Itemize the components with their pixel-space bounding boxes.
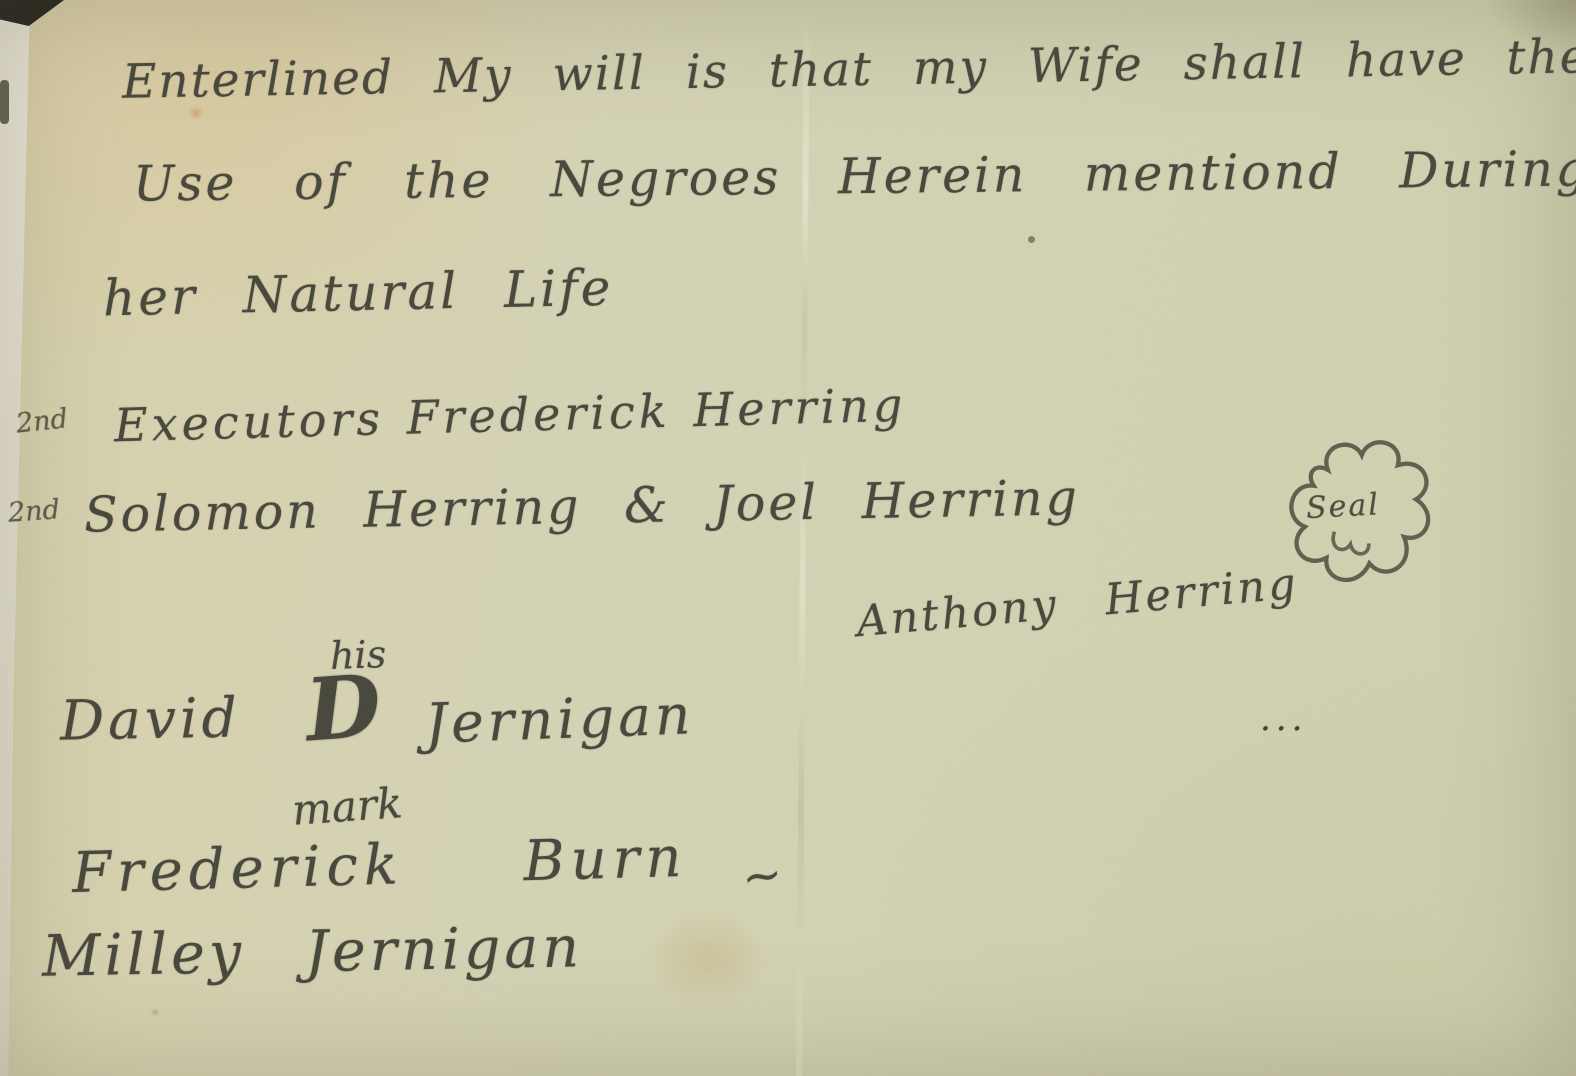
edge-ink-dash [0, 80, 9, 124]
body-line-2: Use of the Negroes Herein mentiond Durin… [133, 144, 1576, 208]
paper-stain [648, 908, 768, 1008]
paper-left-edge [0, 0, 30, 1076]
seal-label: Seal [1305, 487, 1381, 526]
executors-line-2: Solomon Herring & Joel Herring [84, 473, 1081, 539]
paper-speck [150, 1008, 160, 1017]
margin-note-1: 2nd [15, 405, 69, 437]
signature-anthony-herring: Anthony Herring [855, 563, 1300, 644]
executors-line-1: Executors Frederick Herring [114, 382, 907, 449]
ink-speck [1028, 236, 1035, 243]
manuscript-photo: Enterlined My will is that my Wife shall… [0, 0, 1576, 1076]
signature-jernigan: Jernigan [424, 687, 695, 751]
hand-drawn-seal: Seal [1272, 426, 1446, 590]
signature-frederick-burn: Frederick Burn [71, 830, 688, 902]
signature-milley-jernigan: Milley Jernigan [42, 919, 584, 985]
mark-letter-d: D [303, 664, 383, 755]
body-line-3: her Natural Life [103, 263, 614, 324]
ink-dots: ... [1260, 702, 1307, 736]
signature-flourish: ~ [739, 849, 786, 902]
signature-david: David [60, 690, 242, 748]
margin-note-2: 2nd [7, 496, 61, 527]
mark-word-mark: mark [291, 782, 404, 832]
body-line-1: Enterlined My will is that my Wife shall… [122, 33, 1576, 106]
